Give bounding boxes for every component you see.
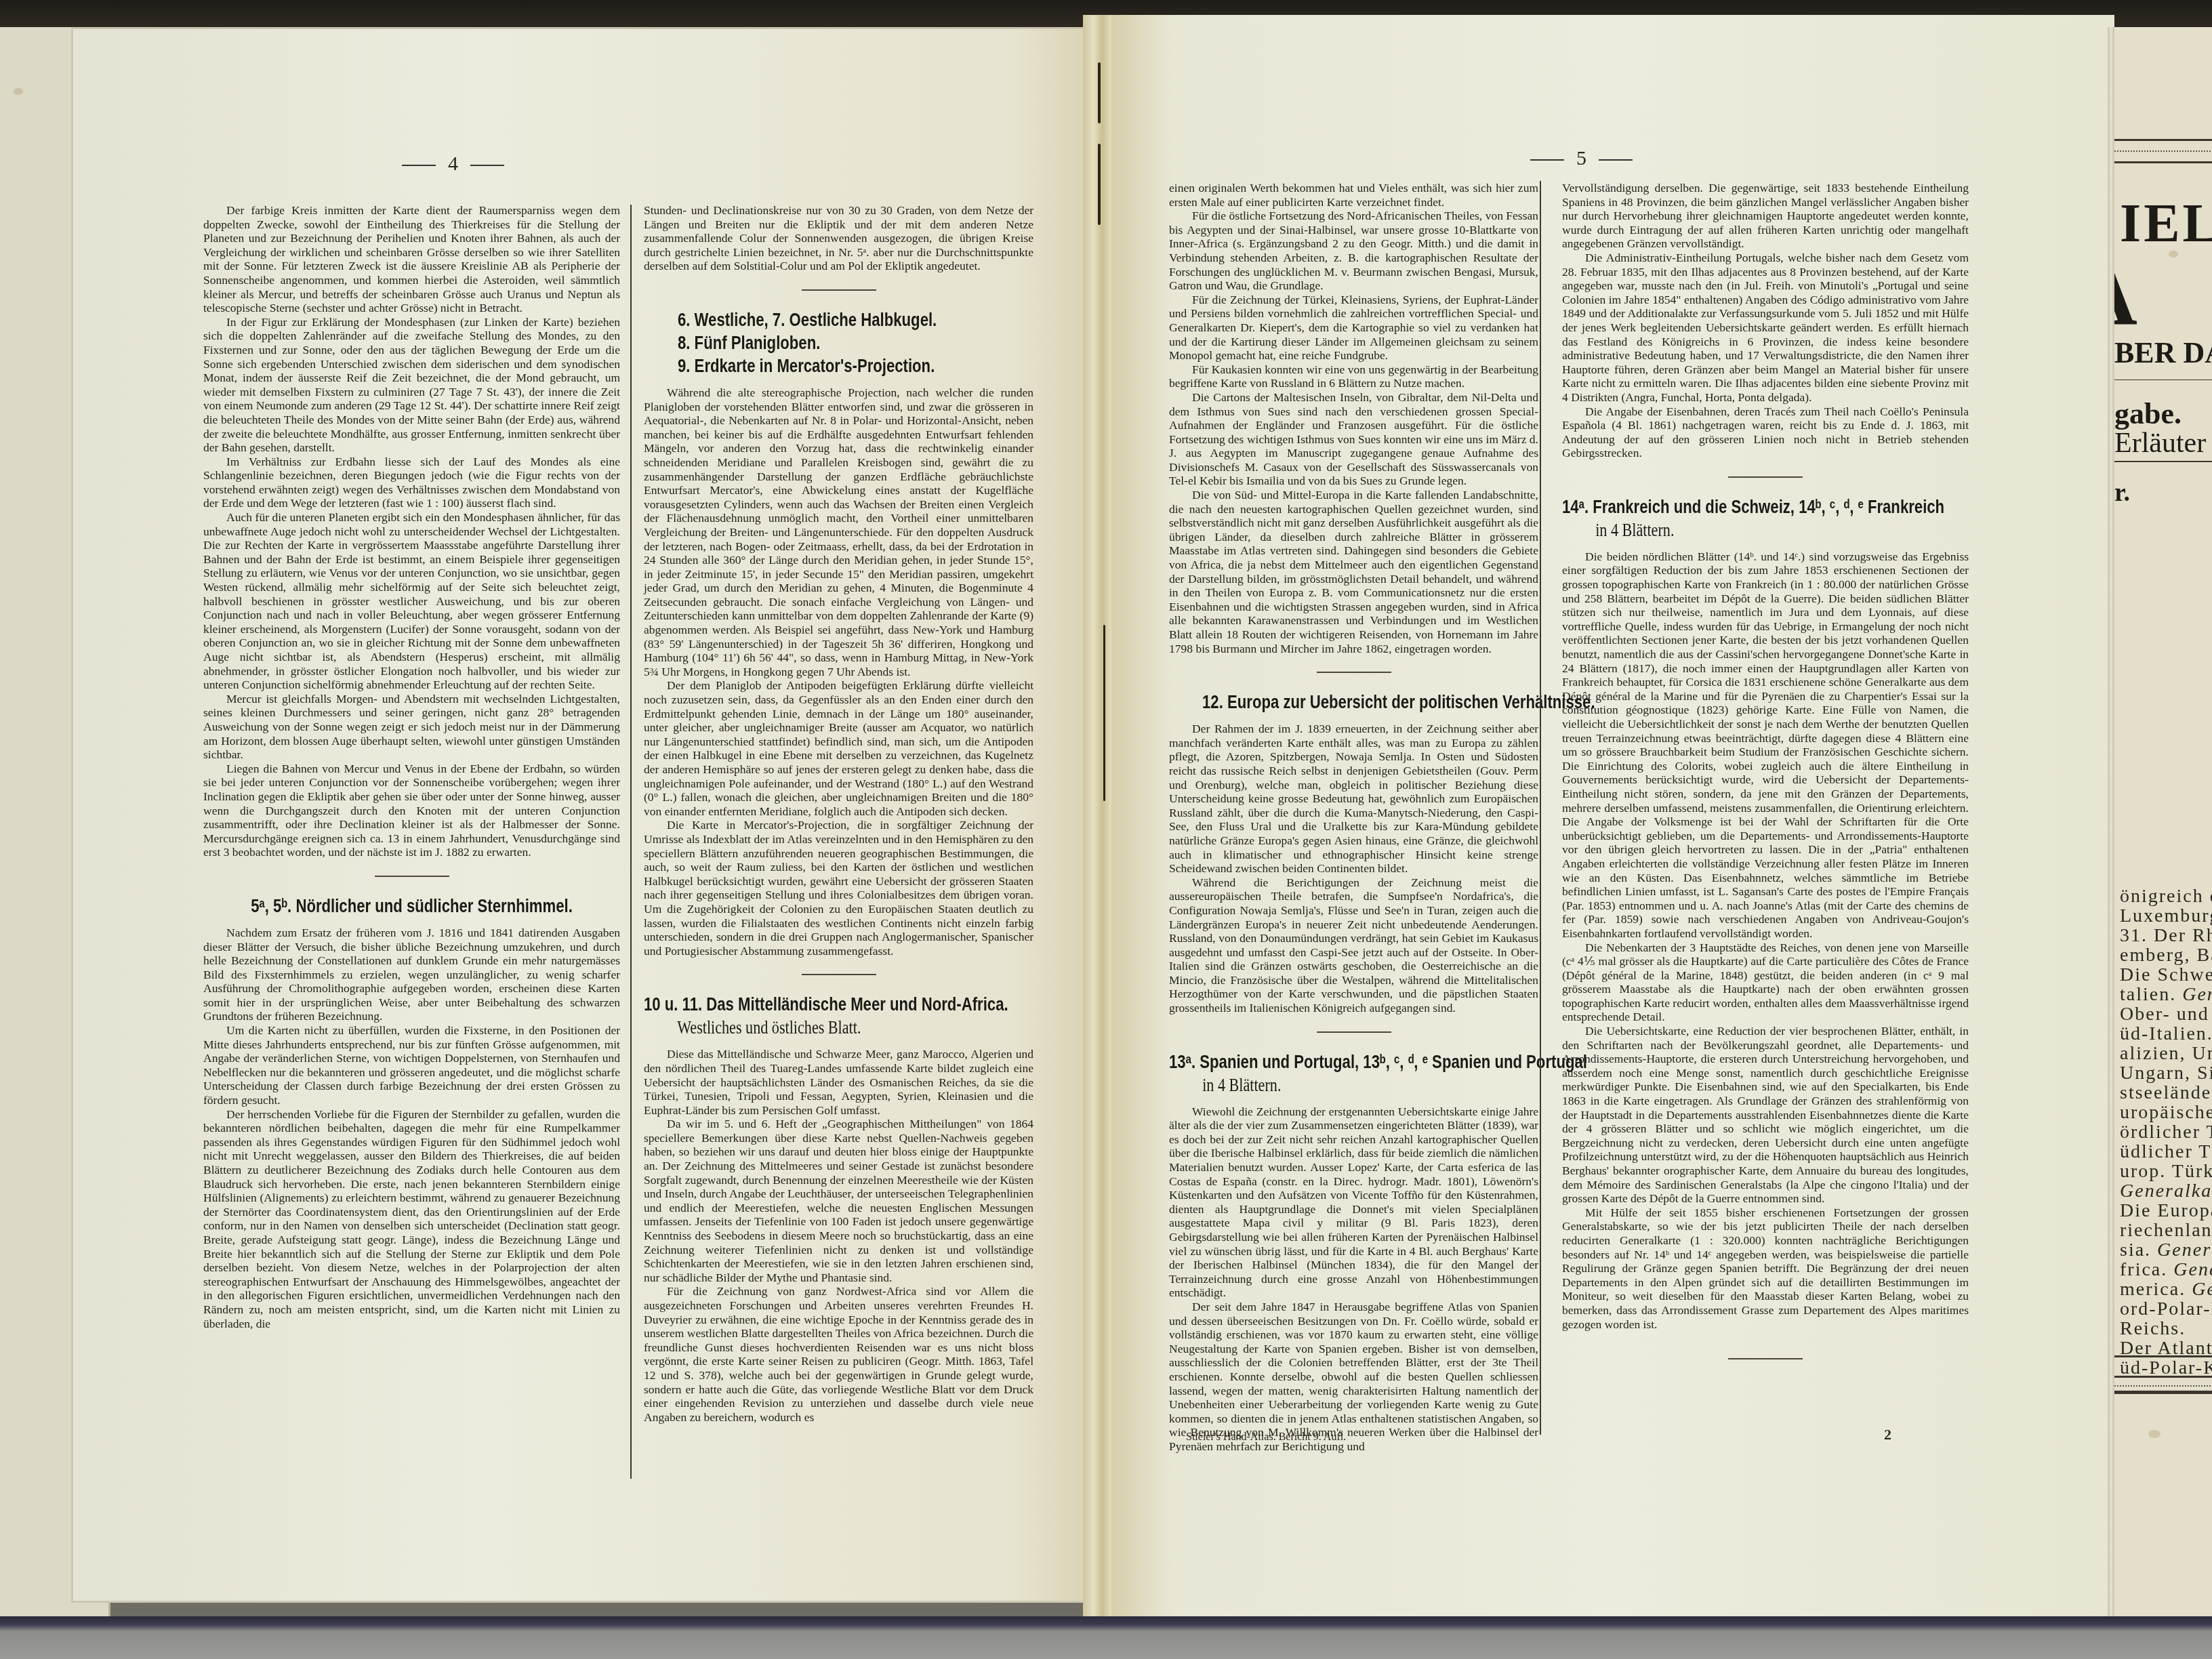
contents-list: önigreich derLuxemburg.31. Der Rheinembe… bbox=[2120, 886, 2212, 1378]
ornamental-rule bbox=[2114, 1385, 2212, 1391]
paragraph: Der herrschenden Vorliebe für die Figure… bbox=[203, 1107, 620, 1331]
list-item-text: sia. bbox=[2120, 1240, 2151, 1261]
contents-list-item: Die Schweiz. bbox=[2120, 965, 2212, 985]
list-item-italic: Generalkar bbox=[2151, 1240, 2212, 1261]
paragraph: Die Nebenkarten der 3 Hauptstädte des Re… bbox=[1562, 941, 1969, 1025]
contents-list-item: merica. Genera bbox=[2120, 1279, 2212, 1299]
paragraph: Der seit dem Jahre 1847 in Herausgabe be… bbox=[1169, 1300, 1538, 1454]
list-item-text: Die Europäische bbox=[2120, 1200, 2212, 1221]
heading-main: 14ᵃ. Frankreich und die Schweiz, 14ᵇ, ᶜ,… bbox=[1562, 497, 1944, 517]
page-number-right: 5 bbox=[1518, 147, 1645, 170]
section-heading-spanien: 13ᵃ. Spanien und Portugal, 13ᵇ, ᶜ, ᵈ, ᵉ … bbox=[1169, 1050, 1472, 1097]
list-item-text: urop. Türkei, bbox=[2120, 1161, 2212, 1182]
section-divider bbox=[1317, 672, 1391, 673]
paragraph: Die Angabe der Eisenbahnen, deren Tracés… bbox=[1562, 405, 1969, 460]
section-heading-sternhimmel: 5ᵃ, 5ᵇ. Nördlicher und südlicher Sternhi… bbox=[241, 895, 582, 918]
paragraph: Die Uebersichtskarte, eine Reduction der… bbox=[1562, 1024, 1969, 1206]
contents-list-item: alizien, Ungarn bbox=[2120, 1044, 2212, 1063]
paragraph: Im Verhältniss zur Erdbahn liesse sich d… bbox=[203, 455, 620, 510]
list-item-text: uropäisches Rus bbox=[2120, 1102, 2212, 1123]
signature-mark: 2 bbox=[1884, 1426, 1891, 1443]
contents-list-item: Generalkarte. bbox=[2120, 1181, 2212, 1201]
paragraph: Für Kaukasien konnten wir eine von uns g… bbox=[1169, 363, 1538, 390]
contents-list-item: Ober- und Mitte bbox=[2120, 1004, 2212, 1024]
contents-list-item: ördlicher Theil bbox=[2120, 1122, 2212, 1142]
contents-list-item: stseeländer und bbox=[2120, 1083, 2212, 1103]
contents-list-item: riechenland und bbox=[2120, 1221, 2212, 1240]
list-item-text: üdlicher Theil v bbox=[2120, 1141, 2212, 1162]
list-item-text: frica. bbox=[2120, 1259, 2167, 1280]
paragraph: einen originalen Werth bekommen hat und … bbox=[1169, 181, 1538, 209]
ornamental-rule bbox=[2114, 139, 2212, 141]
ornamental-rule bbox=[2114, 150, 2212, 156]
list-item-text: ord-Polar-Kart bbox=[2120, 1298, 2212, 1319]
contents-list-item: üd-Polar-Karte bbox=[2120, 1358, 2212, 1378]
ornamental-rule bbox=[2114, 380, 2212, 380]
column-rule bbox=[1540, 181, 1541, 1435]
title-fragment: r. bbox=[2114, 478, 2130, 508]
list-item-text: talien. bbox=[2120, 984, 2176, 1005]
paragraph: Stunden- und Declinationskreise nur von … bbox=[644, 203, 1033, 273]
contents-list-item: 31. Der Rhein bbox=[2120, 926, 2212, 945]
contents-list-item: Die Europäische bbox=[2120, 1201, 2212, 1221]
paragraph: Mit Hülfe der seit 1855 bisher erschiene… bbox=[1562, 1206, 1969, 1331]
heading-continuation: Westliches und östliches Blatt. bbox=[644, 1016, 964, 1039]
list-item-italic: Generalkarte. bbox=[2120, 1181, 2212, 1202]
paragraph: Während die alte stereographische Projec… bbox=[644, 386, 1033, 678]
ornamental-rule bbox=[2114, 1391, 2212, 1394]
paragraph: Um die Karten nicht zu überfüllen, wurde… bbox=[203, 1023, 620, 1107]
heading-main: 10 u. 11. Das Mittelländische Meer und N… bbox=[644, 994, 1008, 1015]
title-fragment: BER DA bbox=[2114, 335, 2212, 370]
heading-continuation: in 4 Blättern. bbox=[1562, 518, 1896, 541]
paragraph: Für die Zeichnung von ganz Nordwest-Afri… bbox=[644, 1284, 1033, 1424]
contents-list-item: Reichs. bbox=[2120, 1319, 2212, 1338]
section-heading-halbkugel: 6. Westliche, 7. Oestliche Halbkugel. bbox=[678, 308, 970, 331]
paragraph: Da wir im 5. und 6. Heft der „Geographis… bbox=[644, 1117, 1033, 1284]
contents-list-item: urop. Türkei, bbox=[2120, 1162, 2212, 1181]
list-item-text: merica. bbox=[2120, 1279, 2186, 1300]
paragraph: Die von Süd- und Mittel-Europa in die Ka… bbox=[1169, 488, 1538, 655]
spine-tear bbox=[1098, 62, 1101, 123]
section-divider bbox=[802, 289, 876, 291]
paragraph: Vervollständigung derselben. Die gegenwä… bbox=[1562, 181, 1969, 251]
paragraph: Diese das Mittelländische und Schwarze M… bbox=[644, 1047, 1033, 1117]
list-item-text: Reichs. bbox=[2120, 1318, 2186, 1339]
paragraph: Der Rahmen der im J. 1839 erneuerten, in… bbox=[1169, 722, 1538, 876]
section-divider bbox=[802, 974, 876, 975]
paragraph: Liegen die Bahnen von Mercur und Venus i… bbox=[203, 762, 620, 859]
left-page-column-1: Der farbige Kreis inmitten der Karte die… bbox=[203, 203, 620, 1330]
paragraph: Die Karte in Mercator's-Projection, die … bbox=[644, 818, 1033, 958]
list-item-text: ördlicher Theil bbox=[2120, 1122, 2212, 1143]
paragraph: Für die östliche Fortsetzung des Nord-Af… bbox=[1169, 209, 1538, 293]
list-item-text: Ober- und Mitte bbox=[2120, 1004, 2212, 1025]
list-item-text: Ungarn, Siebenb bbox=[2120, 1063, 2212, 1084]
spine-tear bbox=[1103, 625, 1105, 801]
list-item-text: Luxemburg. bbox=[2120, 905, 2212, 926]
ornamental-rule bbox=[2114, 161, 2212, 163]
paragraph: Der dem Planiglob der Antipoden beigefüg… bbox=[644, 678, 1033, 818]
ornamental-rule bbox=[2114, 461, 2212, 462]
contents-list-item: üdlicher Theil v bbox=[2120, 1142, 2212, 1162]
list-item-text: riechenland und bbox=[2120, 1220, 2212, 1241]
foxing-stain bbox=[2148, 1430, 2160, 1438]
paragraph: Der farbige Kreis inmitten der Karte die… bbox=[203, 203, 620, 315]
paragraph: Nachdem zum Ersatz der früheren vom J. 1… bbox=[203, 926, 620, 1023]
section-heading-europa: 12. Europa zur Uebersicht der politische… bbox=[1202, 691, 1505, 714]
list-item-text: önigreich der bbox=[2120, 886, 2212, 907]
left-page: 4 Der farbige Kreis inmitten der Karte d… bbox=[71, 27, 1094, 1603]
page-footer: Stieler's Hand-Atlas. Bericht 9. Aufl. bbox=[1186, 1431, 1346, 1443]
left-page-column-2: Stunden- und Declinationskreise nur von … bbox=[644, 203, 1033, 1424]
foxing-stain bbox=[2169, 251, 2178, 258]
column-rule bbox=[630, 205, 632, 1479]
heading-main: 13ᵃ. Spanien und Portugal, 13ᵇ, ᶜ, ᵈ, ᵉ … bbox=[1169, 1052, 1587, 1072]
contents-list-item: Luxemburg. bbox=[2120, 906, 2212, 926]
list-item-text: alizien, Ungarn bbox=[2120, 1043, 2212, 1064]
paragraph: In der Figur zur Erklärung der Mondespha… bbox=[203, 315, 620, 455]
list-item-text: Die Schweiz. bbox=[2120, 964, 2212, 985]
list-item-text: 31. Der Rhein bbox=[2120, 925, 2212, 946]
section-heading-mercator: 9. Erdkarte in Mercator's-Projection. bbox=[678, 354, 970, 377]
contents-list-item: Ungarn, Siebenb bbox=[2120, 1063, 2212, 1083]
page-number-left: 4 bbox=[390, 152, 516, 176]
contents-list-item: frica. Generalk bbox=[2120, 1260, 2212, 1279]
title-fragment: Erläuter bbox=[2114, 427, 2206, 459]
title-fragment: A bbox=[2108, 244, 2137, 346]
foxing-stain bbox=[14, 88, 23, 95]
spine-tear bbox=[1098, 144, 1101, 225]
paragraph: Wiewohl die Zeichnung der erstgenannten … bbox=[1169, 1105, 1538, 1300]
contents-list-item: önigreich der bbox=[2120, 886, 2212, 906]
paragraph: Während die Berichtigungen der Zeichnung… bbox=[1169, 876, 1538, 1015]
paragraph: Für die Zeichnung der Türkei, Kleinasien… bbox=[1169, 293, 1538, 363]
list-item-text: stseeländer und bbox=[2120, 1082, 2212, 1103]
overlapping-title-sheet: IEL A BER DA gabe. Erläuter r. önigreich… bbox=[2108, 27, 2212, 1640]
list-item-italic: Genera bbox=[2186, 1279, 2212, 1300]
paragraph: Die Administrativ-Eintheilung Portugals,… bbox=[1562, 251, 1969, 405]
right-page: 5 einen originalen Werth bekommen hat un… bbox=[1111, 15, 2114, 1618]
list-item-italic: General bbox=[2176, 984, 2212, 1005]
background-bottom-edge bbox=[0, 1616, 2212, 1659]
section-heading-mittelmeer: 10 u. 11. Das Mittelländische Meer und N… bbox=[644, 993, 964, 1039]
list-item-text: emberg, Baden bbox=[2120, 945, 2212, 966]
list-item-italic: Generalk bbox=[2167, 1259, 2212, 1280]
contents-list-item: uropäisches Rus bbox=[2120, 1103, 2212, 1122]
contents-list-item: ord-Polar-Kart bbox=[2120, 1299, 2212, 1319]
heading-continuation: in 4 Blättern. bbox=[1169, 1073, 1472, 1097]
section-divider bbox=[1728, 1358, 1803, 1359]
paragraph: Die beiden nördlichen Blätter (14ᵇ. und … bbox=[1562, 550, 1969, 941]
section-divider bbox=[1317, 1031, 1391, 1033]
contents-list-item: emberg, Baden bbox=[2120, 945, 2212, 965]
contents-list-item: sia. Generalkar bbox=[2120, 1240, 2212, 1260]
paragraph: Auch für die unteren Planeten ergibt sic… bbox=[203, 510, 620, 692]
list-item-text: üd-Italien. bbox=[2120, 1023, 2212, 1044]
section-divider bbox=[375, 876, 449, 877]
section-heading-planigloben: 8. Fünf Planigloben. bbox=[678, 331, 970, 354]
paragraph: Mercur ist gleichfalls Morgen- und Abend… bbox=[203, 692, 620, 762]
right-page-column-1: einen originalen Werth bekommen hat und … bbox=[1169, 181, 1538, 1454]
contents-list-item: talien. General bbox=[2120, 985, 2212, 1004]
section-heading-frankreich: 14ᵃ. Frankreich und die Schweiz, 14ᵇ, ᶜ,… bbox=[1562, 495, 1896, 541]
section-divider bbox=[1728, 476, 1803, 478]
ornamental-rule bbox=[2114, 1376, 2212, 1378]
title-fragment: gabe. bbox=[2114, 396, 2182, 431]
ornamental-rule bbox=[2114, 1355, 2212, 1357]
right-page-column-2: Vervollständigung derselben. Die gegenwä… bbox=[1562, 181, 1969, 1365]
contents-list-item: üd-Italien. bbox=[2120, 1024, 2212, 1044]
paragraph: Die Cartons der Maltesischen Inseln, von… bbox=[1169, 390, 1538, 488]
